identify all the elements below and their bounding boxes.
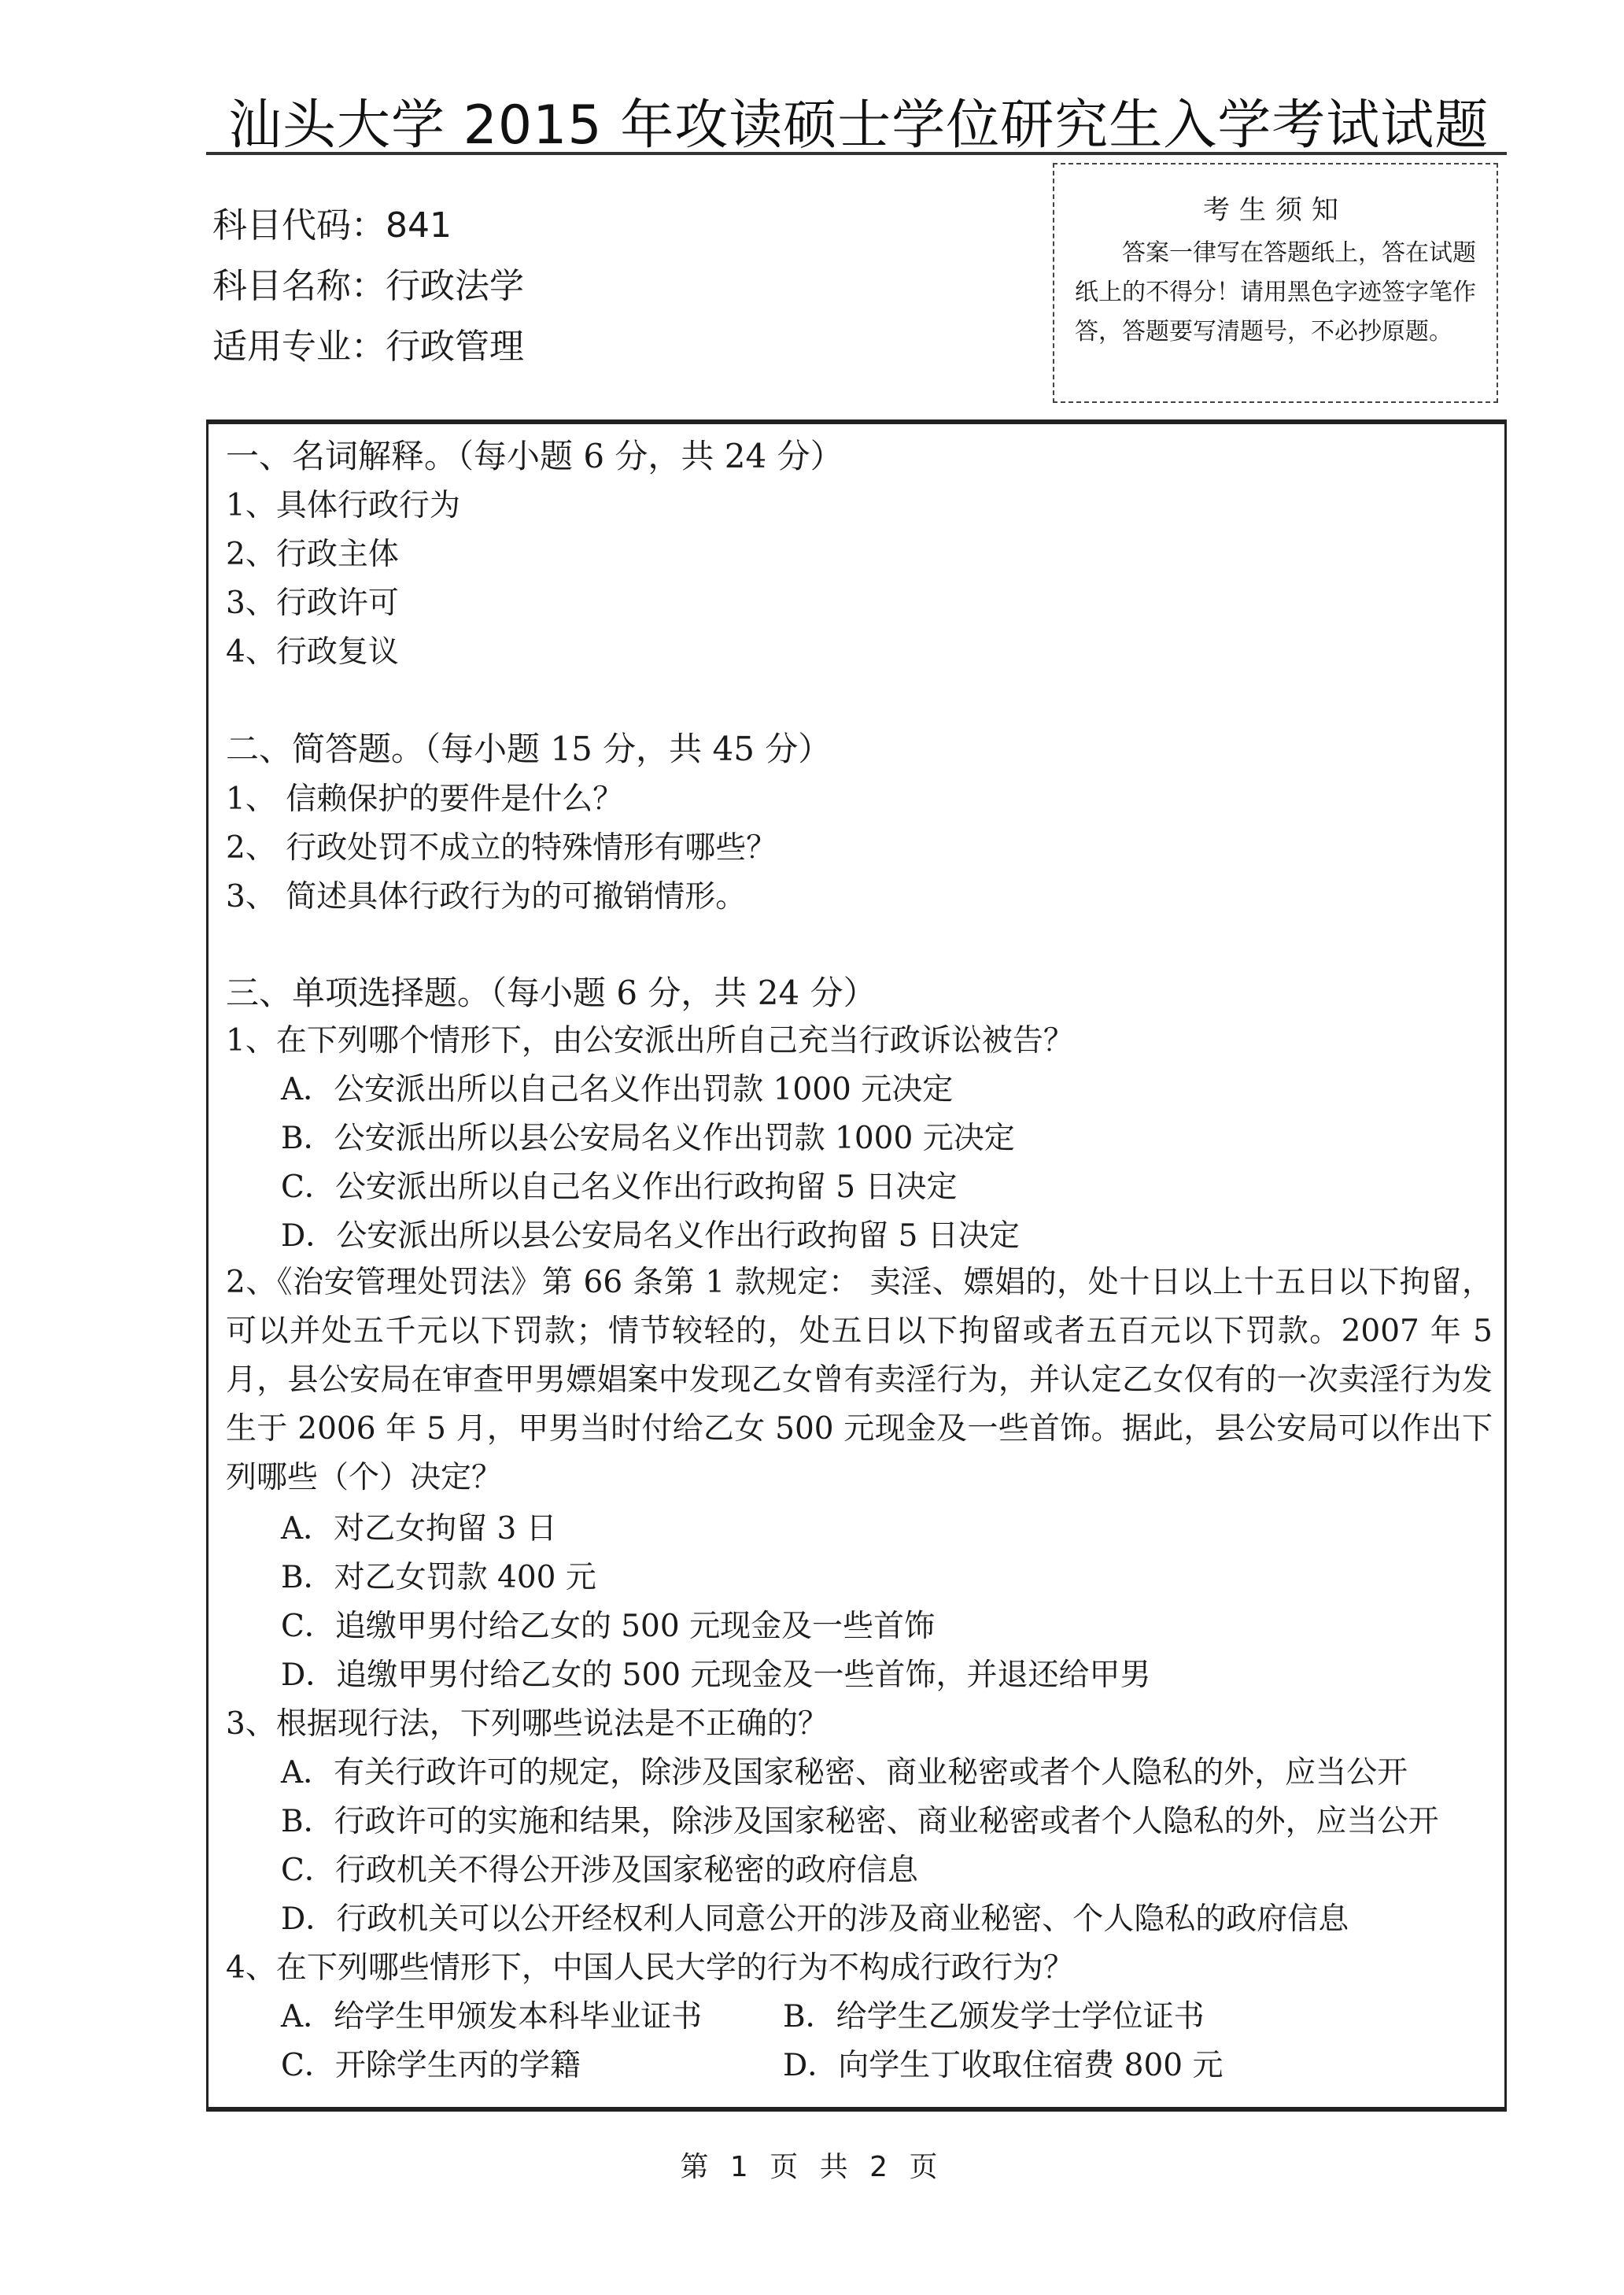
applicable-major: 适用专业：行政管理 — [212, 318, 524, 368]
question-stem-2: 2、《治安管理处罚法》第 66 条第 1 款规定： 卖淫、嫖娼的，处十日以上十五… — [226, 1258, 1493, 1502]
list-item: 2、 行政处罚不成立的特殊情形有哪些？ — [226, 823, 777, 867]
list-item: 3、行政许可 — [226, 578, 399, 623]
subject-code: 科目代码：841 — [212, 197, 452, 247]
option-3d: D．行政机关可以公开经权利人同意公开的涉及商业秘密、个人隐私的政府信息 — [281, 1894, 1349, 1938]
list-item: 4、行政复议 — [226, 627, 399, 671]
option-4b: B．给学生乙颁发学士学位证书 — [783, 1992, 1205, 2036]
questions-box: 一、名词解释。（每小题 6 分，共 24 分） 1、具体行政行为 2、行政主体 … — [206, 419, 1507, 2112]
option-3c: C．行政机关不得公开涉及国家秘密的政府信息 — [281, 1846, 918, 1890]
section-heading-2: 二、简答题。（每小题 15 分，共 45 分） — [226, 723, 831, 771]
question-stem-3: 3、根据现行法，下列哪些说法是不正确的？ — [226, 1699, 829, 1743]
list-item: 2、行政主体 — [226, 530, 399, 574]
option-4d: D．向学生丁收取住宿费 800 元 — [783, 2041, 1224, 2085]
option-1c: C．公安派出所以自己名义作出行政拘留 5 日决定 — [281, 1162, 957, 1207]
option-4a: A．给学生甲颁发本科毕业证书 — [281, 1992, 702, 2036]
title-rule — [206, 152, 1507, 155]
option-1b: B．公安派出所以县公安局名义作出罚款 1000 元决定 — [281, 1114, 1015, 1158]
list-item: 3、 简述具体行政行为的可撤销情形。 — [226, 872, 746, 916]
section-heading-1: 一、名词解释。（每小题 6 分，共 24 分） — [226, 431, 843, 478]
option-2a: A．对乙女拘留 3 日 — [281, 1504, 557, 1548]
candidate-notice-box: 考生须知 答案一律写在答题纸上，答在试题纸上的不得分！请用黑色字迹签字笔作答，答… — [1053, 163, 1498, 403]
option-2b: B．对乙女罚款 400 元 — [281, 1553, 596, 1597]
section-heading-3: 三、单项选择题。（每小题 6 分，共 24 分） — [226, 967, 877, 1014]
subject-name: 科目名称：行政法学 — [212, 257, 524, 308]
page-indicator: 第 1 页 共 2 页 — [0, 2145, 1624, 2185]
list-item: 1、 信赖保护的要件是什么？ — [226, 774, 623, 819]
notice-body: 答案一律写在答题纸上，答在试题纸上的不得分！请用黑色字迹签字笔作答，答题要写清题… — [1075, 234, 1484, 352]
option-2c: C．追缴甲男付给乙女的 500 元现金及一些首饰 — [281, 1602, 935, 1646]
option-1d: D．公安派出所以县公安局名义作出行政拘留 5 日决定 — [281, 1211, 1020, 1255]
list-item: 1、具体行政行为 — [226, 481, 460, 525]
option-2d: D．追缴甲男付给乙女的 500 元现金及一些首饰，并退还给甲男 — [281, 1650, 1151, 1694]
option-3a: A．有关行政许可的规定，除涉及国家秘密、商业秘密或者个人隐私的外，应当公开 — [281, 1748, 1408, 1792]
option-4c: C．开除学生丙的学籍 — [281, 2041, 581, 2085]
notice-title: 考生须知 — [1054, 188, 1497, 227]
exam-title: 汕头大学 2015 年攻读硕士学位研究生入学考试试题 — [228, 83, 1519, 159]
question-stem-1: 1、在下列哪个情形下，由公安派出所自己充当行政诉讼被告？ — [226, 1016, 1074, 1060]
option-1a: A．公安派出所以自己名义作出罚款 1000 元决定 — [281, 1065, 953, 1109]
option-3b: B．行政许可的实施和结果，除涉及国家秘密、商业秘密或者个人隐私的外，应当公开 — [281, 1797, 1439, 1841]
question-stem-4: 4、在下列哪些情形下，中国人民大学的行为不构成行政行为？ — [226, 1943, 1074, 1987]
